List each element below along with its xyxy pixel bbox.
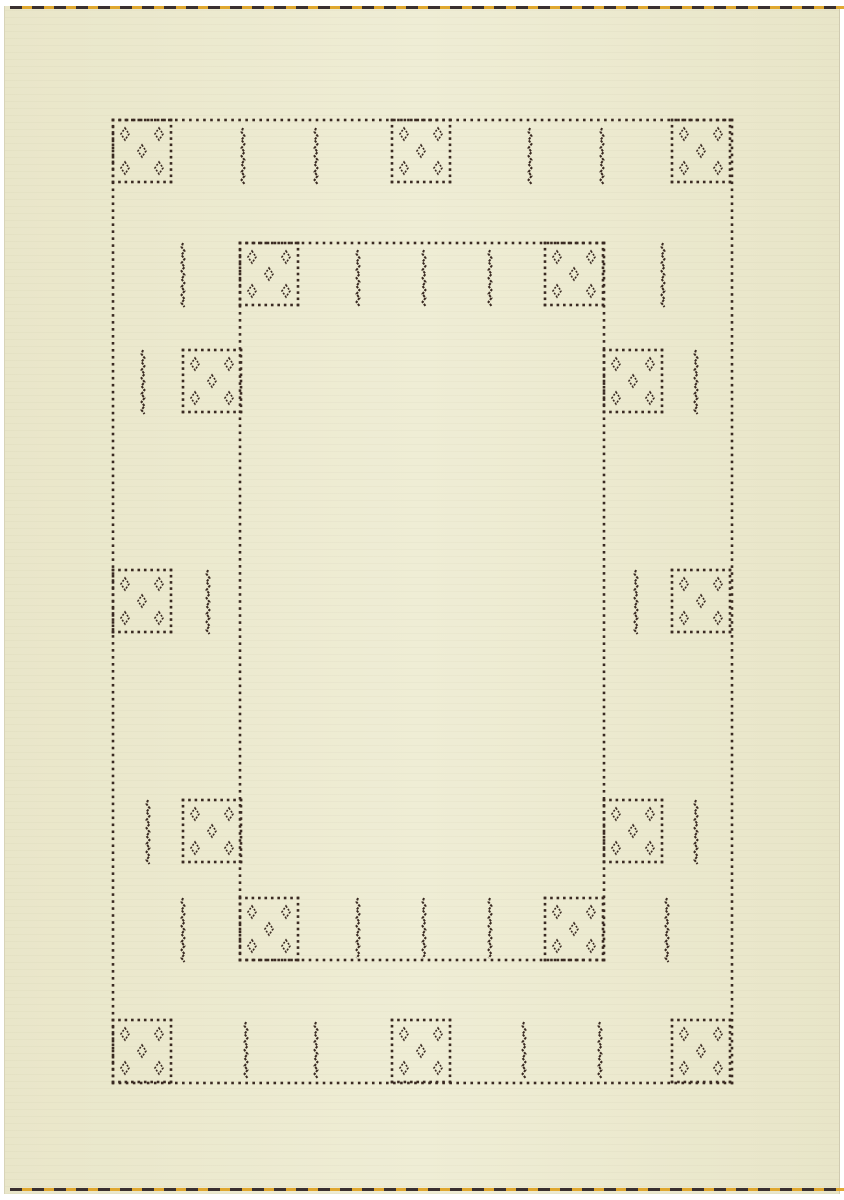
rug-edge-binding xyxy=(0,0,844,1200)
